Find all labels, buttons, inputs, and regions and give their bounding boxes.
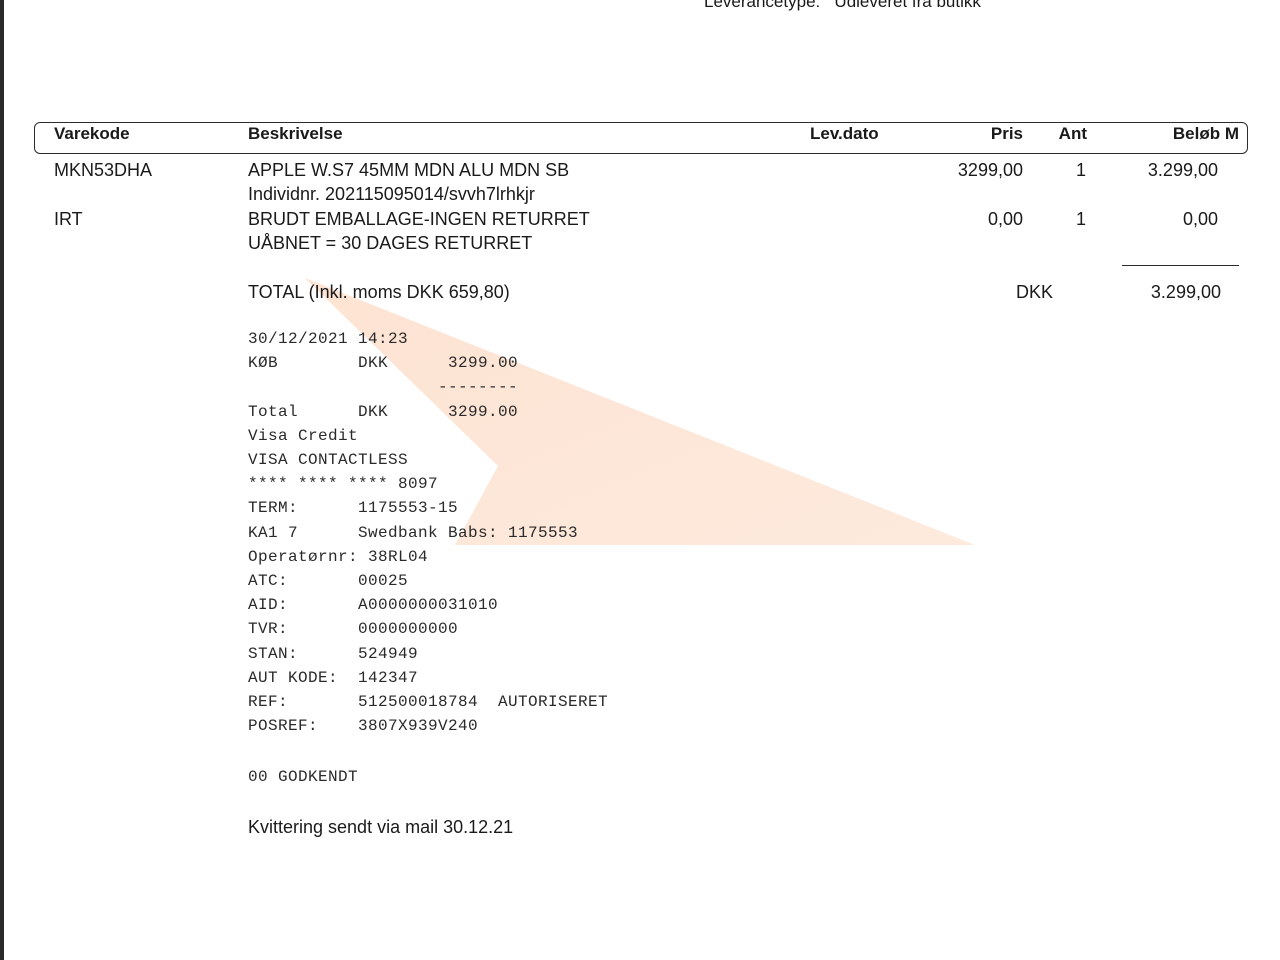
row-amount: 3.299,00 [1098, 160, 1218, 181]
terminal-receipt-line: **** **** **** 8097 [248, 475, 438, 493]
terminal-receipt-line: Operatørnr: 38RL04 [248, 548, 428, 566]
page-left-edge [0, 0, 4, 960]
terminal-receipt-line: KØB DKK 3299.00 [248, 354, 518, 372]
total-currency: DKK [1016, 282, 1053, 303]
column-header-code: Varekode [54, 124, 130, 144]
terminal-receipt-line: AUT KODE: 142347 [248, 669, 418, 687]
sum-divider [1122, 265, 1239, 266]
row-description: BRUDT EMBALLAGE-INGEN RETURRET [248, 209, 590, 230]
terminal-receipt-line: TERM: 1175553-15 [248, 499, 458, 517]
total-amount: 3.299,00 [1100, 282, 1221, 303]
delivery-type-value: Udleveret fra butikk [834, 0, 980, 11]
row-description-detail: UÅBNET = 30 DAGES RETURRET [248, 233, 532, 254]
terminal-receipt-line: REF: 512500018784 AUTORISERET [248, 693, 608, 711]
column-header-amount: Beløb M [1110, 124, 1239, 144]
total-label: TOTAL (Inkl. moms DKK 659,80) [248, 282, 510, 303]
column-header-description: Beskrivelse [248, 124, 343, 144]
terminal-receipt-line: POSREF: 3807X939V240 [248, 717, 478, 735]
terminal-receipt-line: ATC: 00025 [248, 572, 408, 590]
terminal-receipt-line: KA1 7 Swedbank Babs: 1175553 [248, 524, 578, 542]
terminal-receipt-line: Visa Credit [248, 427, 358, 445]
row-code: IRT [54, 209, 83, 230]
column-header-delivery-date: Lev.dato [810, 124, 879, 144]
column-header-qty: Ant [1036, 124, 1087, 144]
row-code: MKN53DHA [54, 160, 152, 181]
terminal-receipt-line: AID: A0000000031010 [248, 596, 498, 614]
delivery-type: Leverancetype: Udleveret fra butikk [704, 0, 981, 12]
receipt-email-note: Kvittering sendt via mail 30.12.21 [248, 817, 513, 838]
terminal-receipt-line: STAN: 524949 [248, 645, 418, 663]
terminal-receipt-line: -------- [248, 378, 518, 396]
row-description: APPLE W.S7 45MM MDN ALU MDN SB [248, 160, 569, 181]
terminal-receipt-line: VISA CONTACTLESS [248, 451, 408, 469]
approval-status: 00 GODKENDT [248, 768, 358, 786]
delivery-type-label: Leverancetype: [704, 0, 820, 11]
row-amount: 0,00 [1098, 209, 1218, 230]
row-qty: 1 [1036, 160, 1086, 181]
row-description-detail: Individnr. 202115095014/svvh7lrhkjr [248, 184, 535, 205]
row-price: 0,00 [903, 209, 1023, 230]
terminal-receipt-line: TVR: 0000000000 [248, 620, 458, 638]
row-qty: 1 [1036, 209, 1086, 230]
terminal-receipt-line: 30/12/2021 14:23 [248, 330, 408, 348]
terminal-receipt-line: Total DKK 3299.00 [248, 403, 518, 421]
row-price: 3299,00 [903, 160, 1023, 181]
column-header-price: Pris [923, 124, 1023, 144]
